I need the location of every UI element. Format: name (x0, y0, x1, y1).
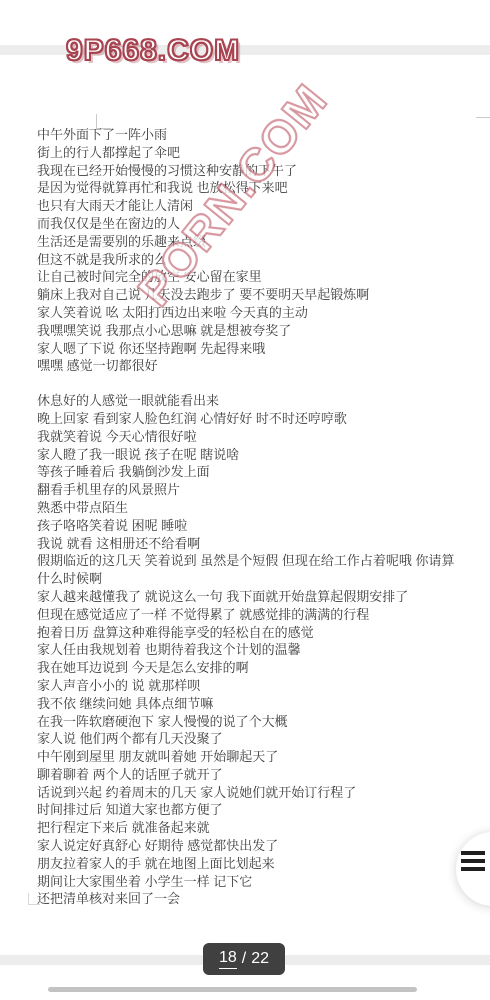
text-line: 家人嗯了下说 你还坚持跑啊 先起得来哦 (37, 340, 467, 358)
text-line: 让自己被时间完全的放空 安心留在家里 (37, 268, 467, 286)
text-line: 抱着日历 盘算这种难得能享受的轻松自在的感觉 (37, 624, 467, 642)
text-line: 话说到兴起 约着周末的几天 家人说她们就开始订行程了 (37, 784, 467, 802)
current-page-number: 18 (219, 949, 237, 969)
text-line: 生活还是需要别的乐趣来点缀 (37, 233, 467, 251)
text-line: 在我一阵软磨硬泡下 家人慢慢的说了个大概 (37, 713, 467, 731)
text-line: 我就笑着说 今天心情很好啦 (37, 428, 467, 446)
text-line: 休息好的人感觉一眼就能看出来 (37, 392, 467, 410)
text-line: 熟悉中带点陌生 (37, 499, 467, 517)
page-text: 中午外面下了一阵小雨街上的行人都撑起了伞吧我现在已经开始慢慢的习惯这种安静的下午… (37, 126, 467, 908)
text-line: 我在她耳边说到 今天是怎么安排的啊 (37, 659, 467, 677)
page-indicator[interactable]: 18 / 22 (203, 943, 285, 975)
paragraph: 休息好的人感觉一眼就能看出来晚上回家 看到家人脸色红润 心情好好 时不时还哼哼歌… (37, 392, 467, 908)
page-separator-slash: / (242, 950, 246, 968)
text-line: 我嘿嘿笑说 我那点小心思嘛 就是想被夸奖了 (37, 322, 467, 340)
text-line: 家人声音小小的 说 就那样呗 (37, 677, 467, 695)
hamburger-menu-icon (461, 851, 485, 871)
text-line: 把行程定下来后 就准备起来就 (37, 819, 467, 837)
text-line: 我说 就看 这相册还不给看啊 (37, 535, 467, 553)
text-line: 等孩子睡着后 我躺倒沙发上面 (37, 463, 467, 481)
text-line: 时间排过后 知道大家也都方便了 (37, 801, 467, 819)
text-line: 中午刚到屋里 朋友就叫着她 开始聊起天了 (37, 748, 467, 766)
selection-corner-mark (476, 117, 490, 132)
text-line: 期间让大家围坐着 小学生一样 记下它 (37, 873, 467, 891)
horizontal-scrollbar[interactable] (48, 987, 417, 992)
text-line: 家人说 他们两个都有几天没聚了 (37, 730, 467, 748)
text-line: 但这不就是我所求的么 (37, 251, 467, 269)
text-line: 我不依 继续问她 具体点细节嘛 (37, 695, 467, 713)
text-line: 而我仅仅是坐在窗边的人 (37, 215, 467, 233)
text-line: 家人说定好真舒心 好期待 感觉都快出发了 (37, 837, 467, 855)
text-line: 聊着聊着 两个人的话匣子就开了 (37, 766, 467, 784)
text-line: 晚上回家 看到家人脸色红润 心情好好 时不时还哼哼歌 (37, 410, 467, 428)
text-line: 但现在感觉适应了一样 不觉得累了 就感觉排的满满的行程 (37, 606, 467, 624)
text-line: 翻看手机里存的风景照片 (37, 481, 467, 499)
text-line: 朋友拉着家人的手 就在地图上面比划起来 (37, 855, 467, 873)
text-line: 孩子咯咯笑着说 困呢 睡啦 (37, 517, 467, 535)
text-line: 家人越来越懂我了 就说这么一句 我下面就开始盘算起假期安排了 (37, 588, 467, 606)
text-line: 假期临近的这几天 笑着说到 虽然是个短假 但现在给工作占着呢哦 你请算什么时候啊 (37, 552, 467, 588)
reader-screen: 9P668.COM PORN.COM 中午外面下了一阵小雨街上的行人都撑起了伞吧… (0, 0, 490, 1000)
text-line: 躺床上我对自己说 几天没去跑步了 要不要明天早起锻炼啊 (37, 286, 467, 304)
text-line: 家人笑着说 吆 太阳打西边出来啦 今天真的主动 (37, 304, 467, 322)
text-line: 家人任由我规划着 也期待着我这个计划的温馨 (37, 641, 467, 659)
text-line: 还把清单核对来回了一会 (37, 890, 467, 908)
text-line: 嘿嘿 感觉一切都很好 (37, 357, 467, 375)
total-page-count: 22 (251, 950, 269, 968)
site-watermark: 9P668.COM (66, 34, 240, 68)
text-line: 家人瞪了我一眼说 孩子在呢 瞎说啥 (37, 446, 467, 464)
